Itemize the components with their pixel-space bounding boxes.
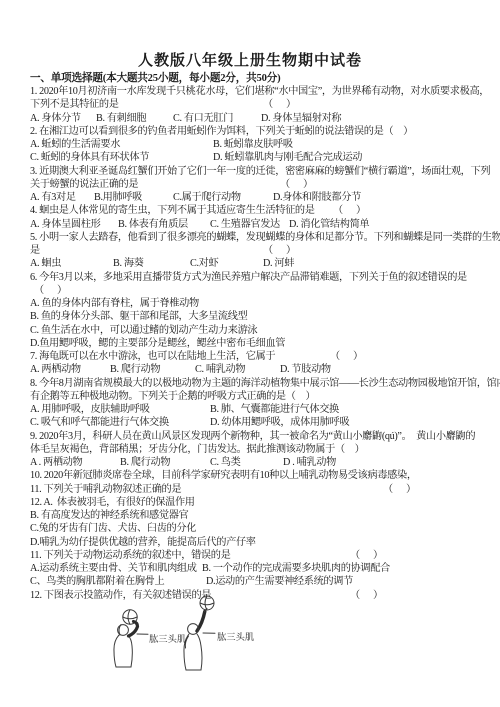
line-text: C.兔的牙齿有门齿、犬齿、臼齿的分化 <box>30 522 196 535</box>
line-text: C. 蚯蚓的身体具有环状体节 <box>30 151 149 164</box>
line-text: 是 <box>30 244 40 257</box>
line-text-segment: D. 消化管结构简单 <box>289 218 369 231</box>
question-lines: 1. 2020年10月初济南一水库发现千只桃花水母，它们堪称“水中国宝”，为世界… <box>30 85 478 602</box>
line-text-segment: B. 海葵 <box>113 257 144 270</box>
text-line: 4. 蛔虫是人体常见的寄生虫，下列不属于其适应寄生生活特征的是（ ） <box>30 204 478 217</box>
line-text: 10. 2020年新冠肺炎席卷全球，目前科学家研究表明有10种以上哺乳动物易受该… <box>30 469 417 482</box>
line-text-segment: （ ） <box>350 589 383 602</box>
line-text-segment: D. 幼体用鳃呼吸，成体用肺呼吸 <box>210 416 349 429</box>
line-text-segment: （ ） <box>350 549 383 562</box>
line-text: A. 蚯蚓的生活需要水 <box>30 138 120 151</box>
text-line: A. 用肺呼吸，皮肤辅助呼吸B. 肺、气囊都能进行气体交换 <box>30 403 478 416</box>
text-line: 5. 小明一家人去踏春，他看到了很多漂亮的蝴蝶，发现蝴蝶的身体和足都分节。下列和… <box>30 231 478 244</box>
line-text: 2. 在湘江边可以看到很多的钓鱼者用蚯蚓作为饵料，下列关于蚯蚓的说法错误的是（ … <box>30 125 413 138</box>
line-text: C. 吸气和呼气都能进行气体交换 <box>30 416 169 429</box>
line-text-segment: C. 有口无肛门 <box>173 112 233 125</box>
text-line: 1. 2020年10月初济南一水库发现千只桃花水母，它们堪称“水中国宝”，为世界… <box>30 85 478 98</box>
line-text: A . 两栖动物 <box>30 456 82 469</box>
line-text: B. 鱼的身体分头部、躯干部和尾部，大多呈流线型 <box>30 310 247 323</box>
text-line: A. 有3对足B.用肺呼吸C.属于爬行动物D.身体和附肢都分节 <box>30 191 478 204</box>
line-text: （ ） <box>34 284 67 297</box>
line-text: 关于螃蟹的说法正确的是 <box>30 178 138 191</box>
line-text-segment: （ ） <box>383 483 416 496</box>
text-line: C. 吸气和呼气都能进行气体交换D. 幼体用鳃呼吸，成体用肺呼吸 <box>30 416 478 429</box>
line-text: 11. 下列关于哺乳动物叙述正确的是 <box>30 483 181 496</box>
text-line: A . 两栖动物B. 爬行动物C. 鸟类D . 哺乳动物 <box>30 456 478 469</box>
line-text: A. 有3对足 <box>30 191 76 204</box>
line-text-segment: B. 体表有角质层 <box>118 218 188 231</box>
text-line: C. 鱼生活在水中，可以通过鳍的划动产生动力来游泳 <box>30 324 478 337</box>
text-line: 11. 下列关于哺乳动物叙述正确的是（ ） <box>30 483 478 496</box>
line-text-segment: D . 哺乳动物 <box>283 456 336 469</box>
text-line: 11. 下列关于动物运动系统的叙述中，错误的是（ ） <box>30 549 478 562</box>
triceps-label-right: 肱三头肌 <box>217 629 254 643</box>
triceps-label-left: 肱三头肌 <box>149 631 186 645</box>
line-text-segment: B.用肺呼吸 <box>94 191 142 204</box>
text-line: 关于螃蟹的说法正确的是（ ） <box>30 178 478 191</box>
page-title: 人教版八年级上册生物期中试卷 <box>0 49 500 70</box>
line-text: 7. 海龟既可以在水中游泳，也可以在陆地上生活，它属于 <box>30 350 275 363</box>
line-text: 4. 蛔虫是人体常见的寄生虫，下列不属于其适应寄生生活特征的是 <box>30 204 315 217</box>
text-line: 体毛呈灰褐色，背部稍黑；牙齿分化，门齿发达。据此推测该动物属于（ ） <box>30 443 478 456</box>
right-player-figure <box>184 596 215 670</box>
line-text-segment: D. 蚯蚓靠肌肉与刚毛配合完成运动 <box>213 151 362 164</box>
line-text: A. 蛔虫 <box>30 257 61 270</box>
line-text-segment: C. 哺乳动物 <box>195 363 245 376</box>
text-line: C. 蚯蚓的身体具有环状体节D. 蚯蚓靠肌肉与刚毛配合完成运动 <box>30 151 478 164</box>
line-text-segment: C.属于爬行动物 <box>173 191 241 204</box>
line-text: C. 鱼生活在水中，可以通过鳍的划动产生动力来游泳 <box>30 324 257 337</box>
line-text-segment: B. 一个动作的完成需要多块肌肉的协调配合 <box>202 562 390 575</box>
line-text-segment: B. 蚯蚓靠皮肤呼吸 <box>213 138 293 151</box>
text-line: A. 鱼的身体内部有脊柱，属于脊椎动物 <box>30 297 478 310</box>
line-text-segment: C.对虾 <box>190 257 218 270</box>
text-line: 3. 近期澳大利亚圣诞岛红蟹们开始了它们一年一度的迁徙，密密麻麻的螃蟹们“横行霸… <box>30 165 478 178</box>
text-line: 12. A. 体表被羽毛，有很好的保温作用 <box>30 496 478 509</box>
line-text-segment: D.身体和附肢都分节 <box>273 191 361 204</box>
section-heading: 一、单项选择题(本大题共25小题，每小题2分，共50分) <box>30 70 280 85</box>
text-line: 10. 2020年新冠肺炎席卷全球，目前科学家研究表明有10种以上哺乳动物易受该… <box>30 469 478 482</box>
text-line: D.鱼用鳃呼吸，鳃的主要部分是鳃丝，鳃丝中密布毛细血管 <box>30 337 478 350</box>
left-player-figure <box>114 610 148 667</box>
line-text-segment: （ ） <box>280 178 313 191</box>
line-text-segment: B. 爬行动物 <box>120 456 170 469</box>
text-line: 9. 2020年3月，科研人员在黄山风景区发现两个新物种，其一被命名为“黄山小麝… <box>30 430 478 443</box>
line-text: D.鱼用鳃呼吸，鳃的主要部分是鳃丝，鳃丝中密布毛细血管 <box>30 337 285 350</box>
line-text-segment: D.运动的产生需要神经系统的调节 <box>206 575 353 588</box>
line-text-segment: （ ） <box>263 98 296 111</box>
line-text: A. 身体呈圆柱形 <box>30 218 100 231</box>
line-text-segment: D. 身体呈辐射对称 <box>261 112 341 125</box>
line-text-segment: B. 有刺细胞 <box>96 112 146 125</box>
line-text: 体毛呈灰褐色，背部稍黑；牙齿分化，门齿发达。据此推测该动物属于（ ） <box>30 443 364 456</box>
line-text: 8. 今年8月湖南省规模最大的以极地动物为主题的海洋动植物集中展示馆——长沙生态… <box>30 377 500 390</box>
line-text: 12. A. 体表被羽毛，有很好的保温作用 <box>30 496 195 509</box>
text-line: A. 两栖动物B. 爬行动物C. 哺乳动物D. 节肢动物 <box>30 363 478 376</box>
line-text-segment: （ ） <box>263 244 296 257</box>
line-text-segment: （ ） <box>330 350 363 363</box>
line-text-segment: （ ） <box>333 204 366 217</box>
text-line: 8. 今年8月湖南省规模最大的以极地动物为主题的海洋动植物集中展示馆——长沙生态… <box>30 377 478 390</box>
line-text: A. 鱼的身体内部有脊柱，属于脊椎动物 <box>30 297 199 310</box>
line-text: 5. 小明一家人去踏春，他看到了很多漂亮的蝴蝶，发现蝴蝶的身体和足都分节。下列和… <box>30 231 500 244</box>
text-line: 是（ ） <box>30 244 478 257</box>
line-text-segment: C. 生殖器官发达 <box>210 218 280 231</box>
text-line: 下列不是其特征的是（ ） <box>30 98 478 111</box>
text-line: A. 身体分节B. 有刺细胞C. 有口无肛门D. 身体呈辐射对称 <box>30 112 478 125</box>
line-text: D.哺乳为幼仔提供优越的营养，能提高后代的产仔率 <box>30 536 256 549</box>
text-line: D.哺乳为幼仔提供优越的营养，能提高后代的产仔率 <box>30 536 478 549</box>
line-text-segment: D. 节肢动物 <box>280 363 331 376</box>
line-text: B. 有高度发达的神经系统和感觉器官 <box>30 509 188 522</box>
line-text-segment: C. 鸟类 <box>210 456 241 469</box>
line-text: 11. 下列关于动物运动系统的叙述中，错误的是 <box>30 549 230 562</box>
exam-paper-page: 人教版八年级上册生物期中试卷 一、单项选择题(本大题共25小题，每小题2分，共5… <box>0 0 500 707</box>
text-line: A.运动系统主要由骨、关节和肌肉组成B. 一个动作的完成需要多块肌肉的协调配合 <box>30 562 478 575</box>
text-line: （ ） <box>30 284 478 297</box>
text-line: C、鸟类的胸肌都附着在胸骨上D.运动的产生需要神经系统的调节 <box>30 575 478 588</box>
text-line: B. 鱼的身体分头部、躯干部和尾部，大多呈流线型 <box>30 310 478 323</box>
line-text: 9. 2020年3月，科研人员在黄山风景区发现两个新物种，其一被命名为“黄山小麝… <box>30 430 475 443</box>
text-line: A. 蚯蚓的生活需要水B. 蚯蚓靠皮肤呼吸 <box>30 138 478 151</box>
line-text: A. 用肺呼吸，皮肤辅助呼吸 <box>30 403 150 416</box>
text-line: 7. 海龟既可以在水中游泳，也可以在陆地上生活，它属于（ ） <box>30 350 478 363</box>
line-text: 6. 今年3月以来，多地采用直播带货方式为渔民养殖户解决产品滞销难题，下列关于鱼… <box>30 271 467 284</box>
text-line: A. 蛔虫B. 海葵C.对虾D. 河蚌 <box>30 257 478 270</box>
line-text: 下列不是其特征的是 <box>30 98 119 111</box>
line-text: 3. 近期澳大利亚圣诞岛红蟹们开始了它们一年一度的迁徙，密密麻麻的螃蟹们“横行霸… <box>30 165 490 178</box>
line-text: C、鸟类的胸肌都附着在胸骨上 <box>30 575 164 588</box>
text-line: 有企鹅等五种极地动物。下列关于企鹅的呼吸方式正确的是（ ） <box>30 390 478 403</box>
line-text-segment: B. 爬行动物 <box>110 363 160 376</box>
text-line: C.兔的牙齿有门齿、犬齿、臼齿的分化 <box>30 522 478 535</box>
line-text: A. 两栖动物 <box>30 363 81 376</box>
text-line: A. 身体呈圆柱形B. 体表有角质层C. 生殖器官发达D. 消化管结构简单 <box>30 218 478 231</box>
line-text-segment: B. 肺、气囊都能进行气体交换 <box>210 403 339 416</box>
line-text-segment: D. 河蚌 <box>263 257 294 270</box>
line-text: 有企鹅等五种极地动物。下列关于企鹅的呼吸方式正确的是（ ） <box>30 390 315 403</box>
line-text: A. 身体分节 <box>30 112 81 125</box>
text-line: 2. 在湘江边可以看到很多的钓鱼者用蚯蚓作为饵料，下列关于蚯蚓的说法错误的是（ … <box>30 125 478 138</box>
text-line: 6. 今年3月以来，多地采用直播带货方式为渔民养殖户解决产品滞销难题，下列关于鱼… <box>30 271 478 284</box>
line-text: A.运动系统主要由骨、关节和肌肉组成 <box>30 562 197 575</box>
text-line: B. 有高度发达的神经系统和感觉器官 <box>30 509 478 522</box>
line-text: 1. 2020年10月初济南一水库发现千只桃花水母，它们堪称“水中国宝”，为世界… <box>30 85 489 98</box>
